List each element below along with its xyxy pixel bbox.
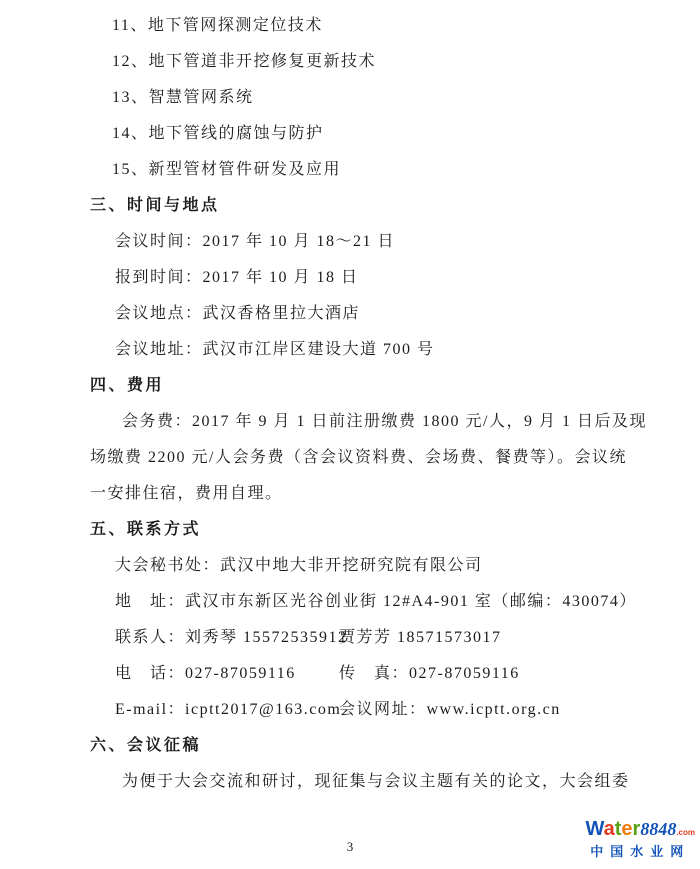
meeting-address-line: 会议地址：武汉市江岸区建设大道 700 号 bbox=[90, 332, 616, 368]
address-line: 地 址：武汉市东新区光谷创业街 12#A4-901 室（邮编：430074） bbox=[90, 584, 616, 620]
email-line: E-mail：icptt2017@163.com bbox=[115, 692, 339, 728]
fax-line: 传 真：027-87059116 bbox=[339, 656, 616, 692]
meeting-time-line: 会议时间：2017 年 10 月 18～21 日 bbox=[90, 224, 616, 260]
fee-paragraph-line: 会务费：2017 年 9 月 1 日前注册缴费 1800 元/人，9 月 1 日… bbox=[90, 404, 616, 440]
document-page: 11、地下管网探测定位技术 12、地下管道非开挖修复更新技术 13、智慧管网系统… bbox=[0, 0, 700, 869]
document-body: 11、地下管网探测定位技术 12、地下管道非开挖修复更新技术 13、智慧管网系统… bbox=[90, 8, 616, 800]
logo-subtitle: 中国水业网 bbox=[585, 844, 695, 860]
section-heading-papers: 六、会议征稿 bbox=[90, 728, 616, 764]
section-heading-time-place: 三、时间与地点 bbox=[90, 188, 616, 224]
logo-wordmark: Water8848.com bbox=[585, 820, 695, 842]
contact-row: E-mail：icptt2017@163.com 会议网址：www.icptt.… bbox=[90, 692, 616, 728]
logo-letter: e bbox=[621, 818, 632, 840]
registration-time-line: 报到时间：2017 年 10 月 18 日 bbox=[90, 260, 616, 296]
website-line: 会议网址：www.icptt.org.cn bbox=[339, 692, 616, 728]
phone-line: 电 话：027-87059116 bbox=[115, 656, 339, 692]
meeting-venue-line: 会议地点：武汉香格里拉大酒店 bbox=[90, 296, 616, 332]
topic-item: 11、地下管网探测定位技术 bbox=[90, 8, 616, 44]
topic-item: 14、地下管线的腐蚀与防护 bbox=[90, 116, 616, 152]
section-heading-contact: 五、联系方式 bbox=[90, 512, 616, 548]
topic-item: 15、新型管材管件研发及应用 bbox=[90, 152, 616, 188]
contact-row: 电 话：027-87059116 传 真：027-87059116 bbox=[90, 656, 616, 692]
topic-item: 13、智慧管网系统 bbox=[90, 80, 616, 116]
contact-row: 联系人：刘秀琴 15572535912 贾芳芳 18571573017 bbox=[90, 620, 616, 656]
water8848-logo: Water8848.com 中国水业网 bbox=[585, 820, 695, 860]
contact-person-2: 贾芳芳 18571573017 bbox=[339, 620, 616, 656]
fee-paragraph-line: 场缴费 2200 元/人会务费（含会议资料费、会场费、餐费等）。会议统 bbox=[90, 440, 616, 476]
topic-item: 12、地下管道非开挖修复更新技术 bbox=[90, 44, 616, 80]
fee-paragraph-line: 一安排住宿，费用自理。 bbox=[90, 476, 616, 512]
contact-person-1: 联系人：刘秀琴 15572535912 bbox=[115, 620, 339, 656]
logo-tld: .com bbox=[676, 828, 695, 837]
logo-number: 8848 bbox=[640, 819, 676, 839]
papers-paragraph-line: 为便于大会交流和研讨，现征集与会议主题有关的论文，大会组委 bbox=[90, 764, 616, 800]
logo-letter: a bbox=[604, 818, 615, 840]
section-heading-fees: 四、费用 bbox=[90, 368, 616, 404]
logo-letter: W bbox=[585, 818, 603, 840]
secretariat-line: 大会秘书处：武汉中地大非开挖研究院有限公司 bbox=[90, 548, 616, 584]
